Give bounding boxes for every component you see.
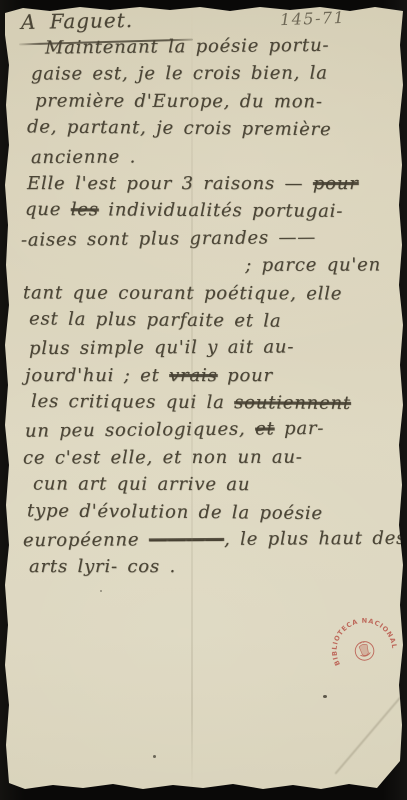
stamp-text-holder: BIBLIOTECA NACIONAL <box>323 609 400 667</box>
handwritten-text: Elle l'est pour 3 raisons — <box>27 173 313 194</box>
struck-text: les <box>71 200 99 221</box>
manuscript-line: type d'évolution de la poésie <box>15 500 395 531</box>
manuscript-line: jourd'hui ; et vrais pour <box>15 365 395 392</box>
struck-text: soutiennent <box>234 392 351 414</box>
handwritten-text: , le plus haut des <box>224 528 406 550</box>
handwritten-text: par- <box>274 418 324 439</box>
manuscript-line: européenne ————, le plus haut des <box>15 528 395 558</box>
manuscript-line: les critiques qui la soutiennent <box>15 391 395 421</box>
ink-speck <box>100 590 102 592</box>
manuscript-page: A Faguet. 145-71 Maintenant la poésie po… <box>5 5 403 791</box>
manuscript-line: première d'Europe, du mon- <box>15 90 395 119</box>
handwritten-text: gaise est, je le crois bien, la <box>31 63 328 85</box>
handwritten-text: européenne <box>23 529 149 551</box>
paper-crease-diagonal <box>334 693 404 775</box>
manuscript-line: tant que courant poétique, elle <box>15 282 395 311</box>
handwritten-text: un peu sociologiques, <box>25 419 255 442</box>
handwritten-text: tant que courant poétique, elle <box>23 282 342 304</box>
ink-speck <box>323 695 327 698</box>
struck-text: ———— <box>149 529 224 550</box>
handwritten-text: jourd'hui ; et <box>25 365 169 386</box>
handwritten-text: -aises sont plus grandes —— <box>21 227 316 251</box>
manuscript-line: gaise est, je le crois bien, la <box>15 63 395 92</box>
manuscript-line: ancienne . <box>15 144 395 174</box>
handwritten-text: ; parce qu'en <box>245 255 381 276</box>
handwritten-text: de, partant, je crois première <box>27 116 332 140</box>
handwritten-text: première d'Europe, du mon- <box>35 90 323 112</box>
stamp-emblem-icon <box>353 639 376 662</box>
manuscript-line: un peu sociologiques, et par- <box>15 418 395 449</box>
manuscript-line: ce c'est elle, et non un au- <box>15 446 395 475</box>
manuscript-line: de, partant, je crois première <box>15 116 395 147</box>
stamp-text: BIBLIOTECA NACIONAL <box>323 609 400 667</box>
handwritten-text: cun art qui arrive au <box>33 474 250 496</box>
manuscript-line: Elle l'est pour 3 raisons — pour <box>15 173 395 200</box>
manuscript-line: plus simple qu'il y ait au- <box>15 336 395 366</box>
manuscript-line: ; parce qu'en <box>15 255 395 284</box>
handwritten-text: pour <box>218 365 273 386</box>
handwritten-text: arts lyri- cos . <box>29 556 176 577</box>
handwritten-text: les critiques qui la <box>31 391 234 413</box>
ink-speck <box>153 755 156 758</box>
manuscript-body: Maintenant la poésie portu-gaise est, je… <box>15 36 395 584</box>
struck-text: et <box>255 419 275 440</box>
handwritten-text: ancienne . <box>31 146 136 168</box>
struck-text: vrais <box>169 365 218 386</box>
paper-crease-vertical <box>191 5 193 791</box>
catalog-number: 145-71 <box>279 8 345 29</box>
handwritten-text: est la plus parfaite et la <box>29 308 282 331</box>
manuscript-line: est la plus parfaite et la <box>15 308 395 339</box>
handwritten-text: ce c'est elle, et non un au- <box>23 447 303 469</box>
manuscript-line: que les individualités portugai- <box>15 199 395 229</box>
manuscript-line: -aises sont plus grandes —— <box>15 226 395 257</box>
handwritten-text: que <box>25 199 71 220</box>
handwritten-text: type d'évolution de la poésie <box>27 500 323 524</box>
handwritten-text: plus simple qu'il y ait au- <box>29 337 294 360</box>
handwritten-text: individualités portugai- <box>99 200 344 223</box>
manuscript-line: Maintenant la poésie portu- <box>15 34 395 65</box>
library-stamp: BIBLIOTECA NACIONAL <box>321 601 403 683</box>
manuscript-line: arts lyri- cos . <box>15 556 395 583</box>
struck-text: pour <box>313 173 359 194</box>
addressee: A Faguet. <box>21 8 134 34</box>
manuscript-line: cun art qui arrive au <box>15 474 395 503</box>
handwritten-text: Maintenant la poésie portu- <box>45 35 330 59</box>
